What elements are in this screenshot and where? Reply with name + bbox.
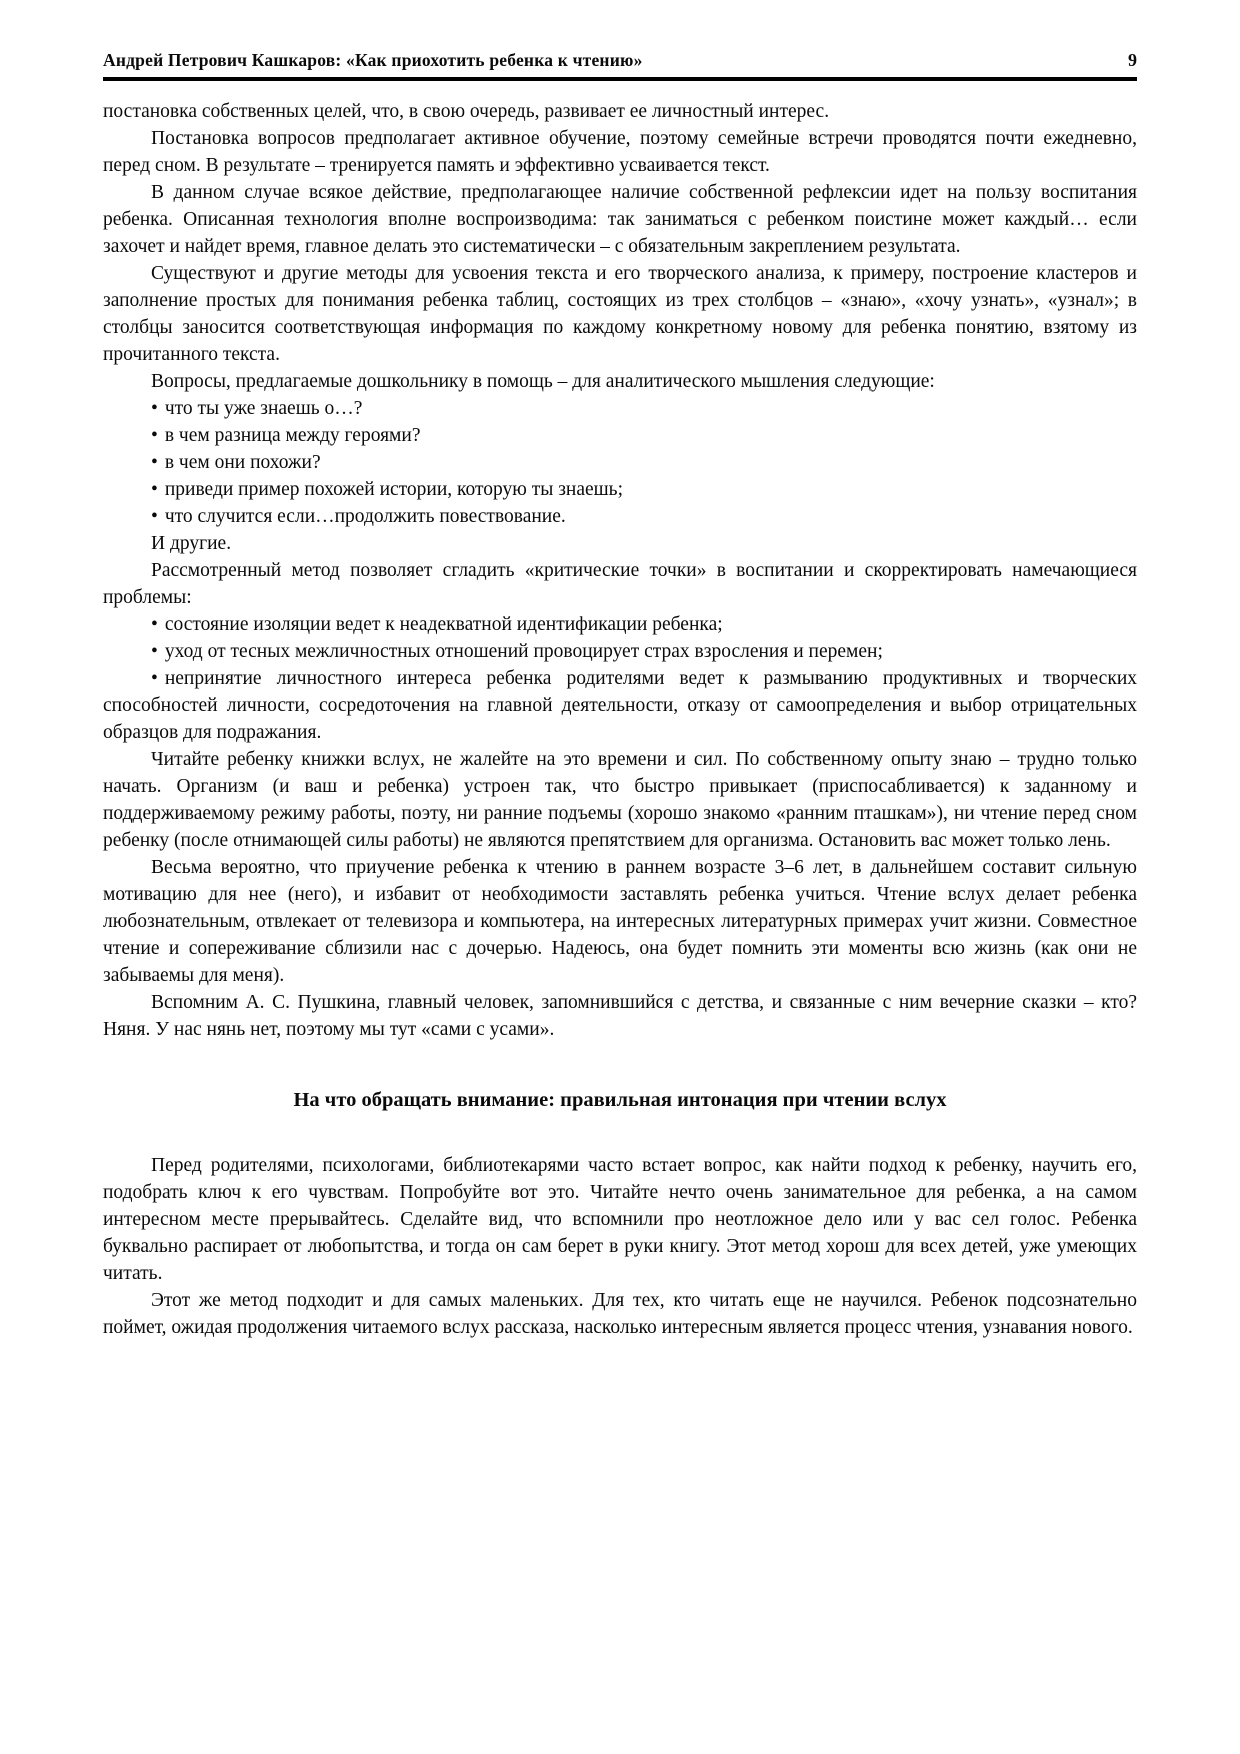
- bullet-text: состояние изоляции ведет к неадекватной …: [165, 614, 723, 635]
- bullet-icon: •: [151, 452, 165, 473]
- bullet-item: •непринятие личностного интереса ребенка…: [103, 665, 1137, 746]
- bullet-item: •состояние изоляции ведет к неадекватной…: [103, 611, 1137, 638]
- paragraph: Весьма вероятно, что приучение ребенка к…: [103, 854, 1137, 989]
- bullet-icon: •: [151, 479, 165, 500]
- bullet-icon: •: [151, 641, 165, 662]
- paragraph: Рассмотренный метод позволяет сгладить «…: [103, 557, 1137, 611]
- bullet-icon: •: [151, 614, 165, 635]
- bullet-text: что ты уже знаешь о…?: [165, 398, 363, 419]
- paragraph: Перед родителями, психологами, библиотек…: [103, 1152, 1137, 1287]
- bullet-item: •что случится если…продолжить повествова…: [103, 503, 1137, 530]
- bullet-text: в чем разница между героями?: [165, 425, 421, 446]
- bullet-icon: •: [151, 398, 165, 419]
- bullet-text: в чем они похожи?: [165, 452, 321, 473]
- bullet-item: •в чем они похожи?: [103, 449, 1137, 476]
- bullet-text: непринятие личностного интереса ребенка …: [103, 668, 1137, 743]
- bullet-text: что случится если…продолжить повествован…: [165, 506, 566, 527]
- paragraph: И другие.: [103, 530, 1137, 557]
- bullet-icon: •: [151, 668, 165, 689]
- header-title: Андрей Петрович Кашкаров: «Как приохотит…: [103, 50, 643, 71]
- section-heading: На что обращать внимание: правильная инт…: [103, 1087, 1137, 1114]
- paragraph: Этот же метод подходит и для самых мален…: [103, 1287, 1137, 1341]
- bullet-text: уход от тесных межличностных отношений п…: [165, 641, 883, 662]
- paragraph: Вспомним А. С. Пушкина, главный человек,…: [103, 989, 1137, 1043]
- book-page: Андрей Петрович Кашкаров: «Как приохотит…: [0, 0, 1240, 1754]
- paragraph: постановка собственных целей, что, в сво…: [103, 98, 1137, 125]
- paragraph: Вопросы, предлагаемые дошкольнику в помо…: [103, 368, 1137, 395]
- bullet-icon: •: [151, 506, 165, 527]
- bullet-item: •что ты уже знаешь о…?: [103, 395, 1137, 422]
- bullet-text: приведи пример похожей истории, которую …: [165, 479, 623, 500]
- paragraph: Постановка вопросов предполагает активно…: [103, 125, 1137, 179]
- bullet-item: •уход от тесных межличностных отношений …: [103, 638, 1137, 665]
- paragraph: Читайте ребенку книжки вслух, не жалейте…: [103, 746, 1137, 854]
- page-number: 9: [1128, 50, 1137, 71]
- bullet-item: •в чем разница между героями?: [103, 422, 1137, 449]
- bullet-item: •приведи пример похожей истории, которую…: [103, 476, 1137, 503]
- paragraph: В данном случае всякое действие, предпол…: [103, 179, 1137, 260]
- page-body: постановка собственных целей, что, в сво…: [103, 98, 1137, 1341]
- page-header: Андрей Петрович Кашкаров: «Как приохотит…: [103, 50, 1137, 81]
- paragraph: Существуют и другие методы для усвоения …: [103, 260, 1137, 368]
- bullet-icon: •: [151, 425, 165, 446]
